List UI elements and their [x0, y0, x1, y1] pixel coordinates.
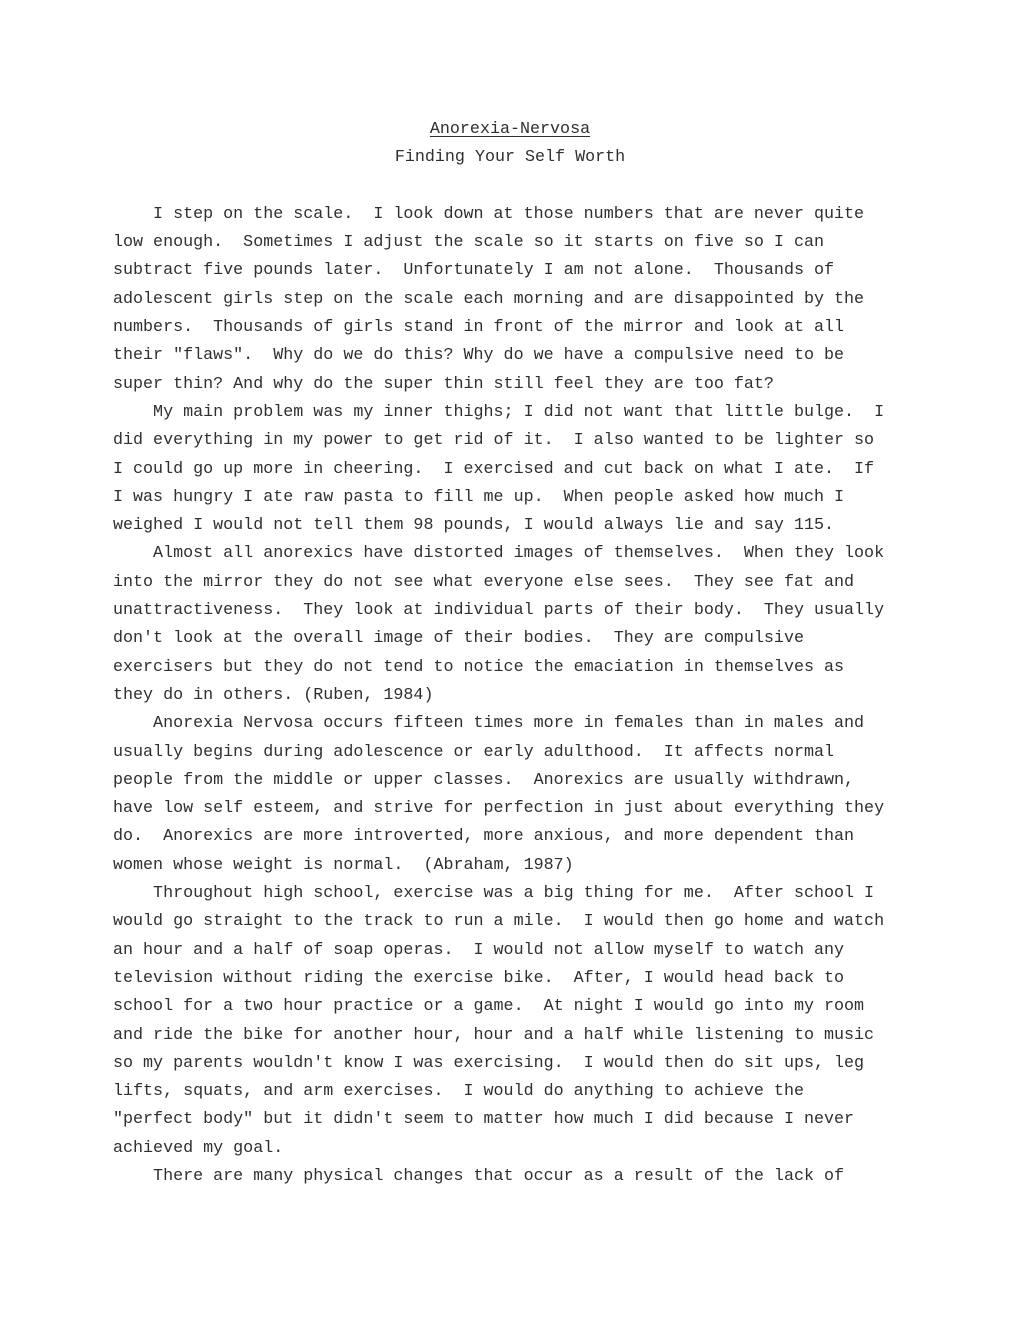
paragraph-personal-problem: My main problem was my inner thighs; I d…	[113, 399, 980, 540]
title-body-spacer	[0, 173, 1020, 201]
paragraph-physical-changes: There are many physical changes that occ…	[113, 1163, 980, 1191]
document-title: Anorexia-Nervosa	[0, 116, 1020, 144]
paragraph-distorted-images: Almost all anorexics have distorted imag…	[113, 540, 980, 710]
document-subtitle: Finding Your Self Worth	[0, 144, 1020, 172]
document-body: I step on the scale. I look down at thos…	[113, 201, 980, 1191]
paragraph-high-school-exercise: Throughout high school, exercise was a b…	[113, 880, 980, 1163]
paragraph-occurrence: Anorexia Nervosa occurs fifteen times mo…	[113, 710, 980, 880]
document-page: Anorexia-Nervosa Finding Your Self Worth…	[0, 0, 1020, 1320]
paragraph-intro: I step on the scale. I look down at thos…	[113, 201, 980, 399]
